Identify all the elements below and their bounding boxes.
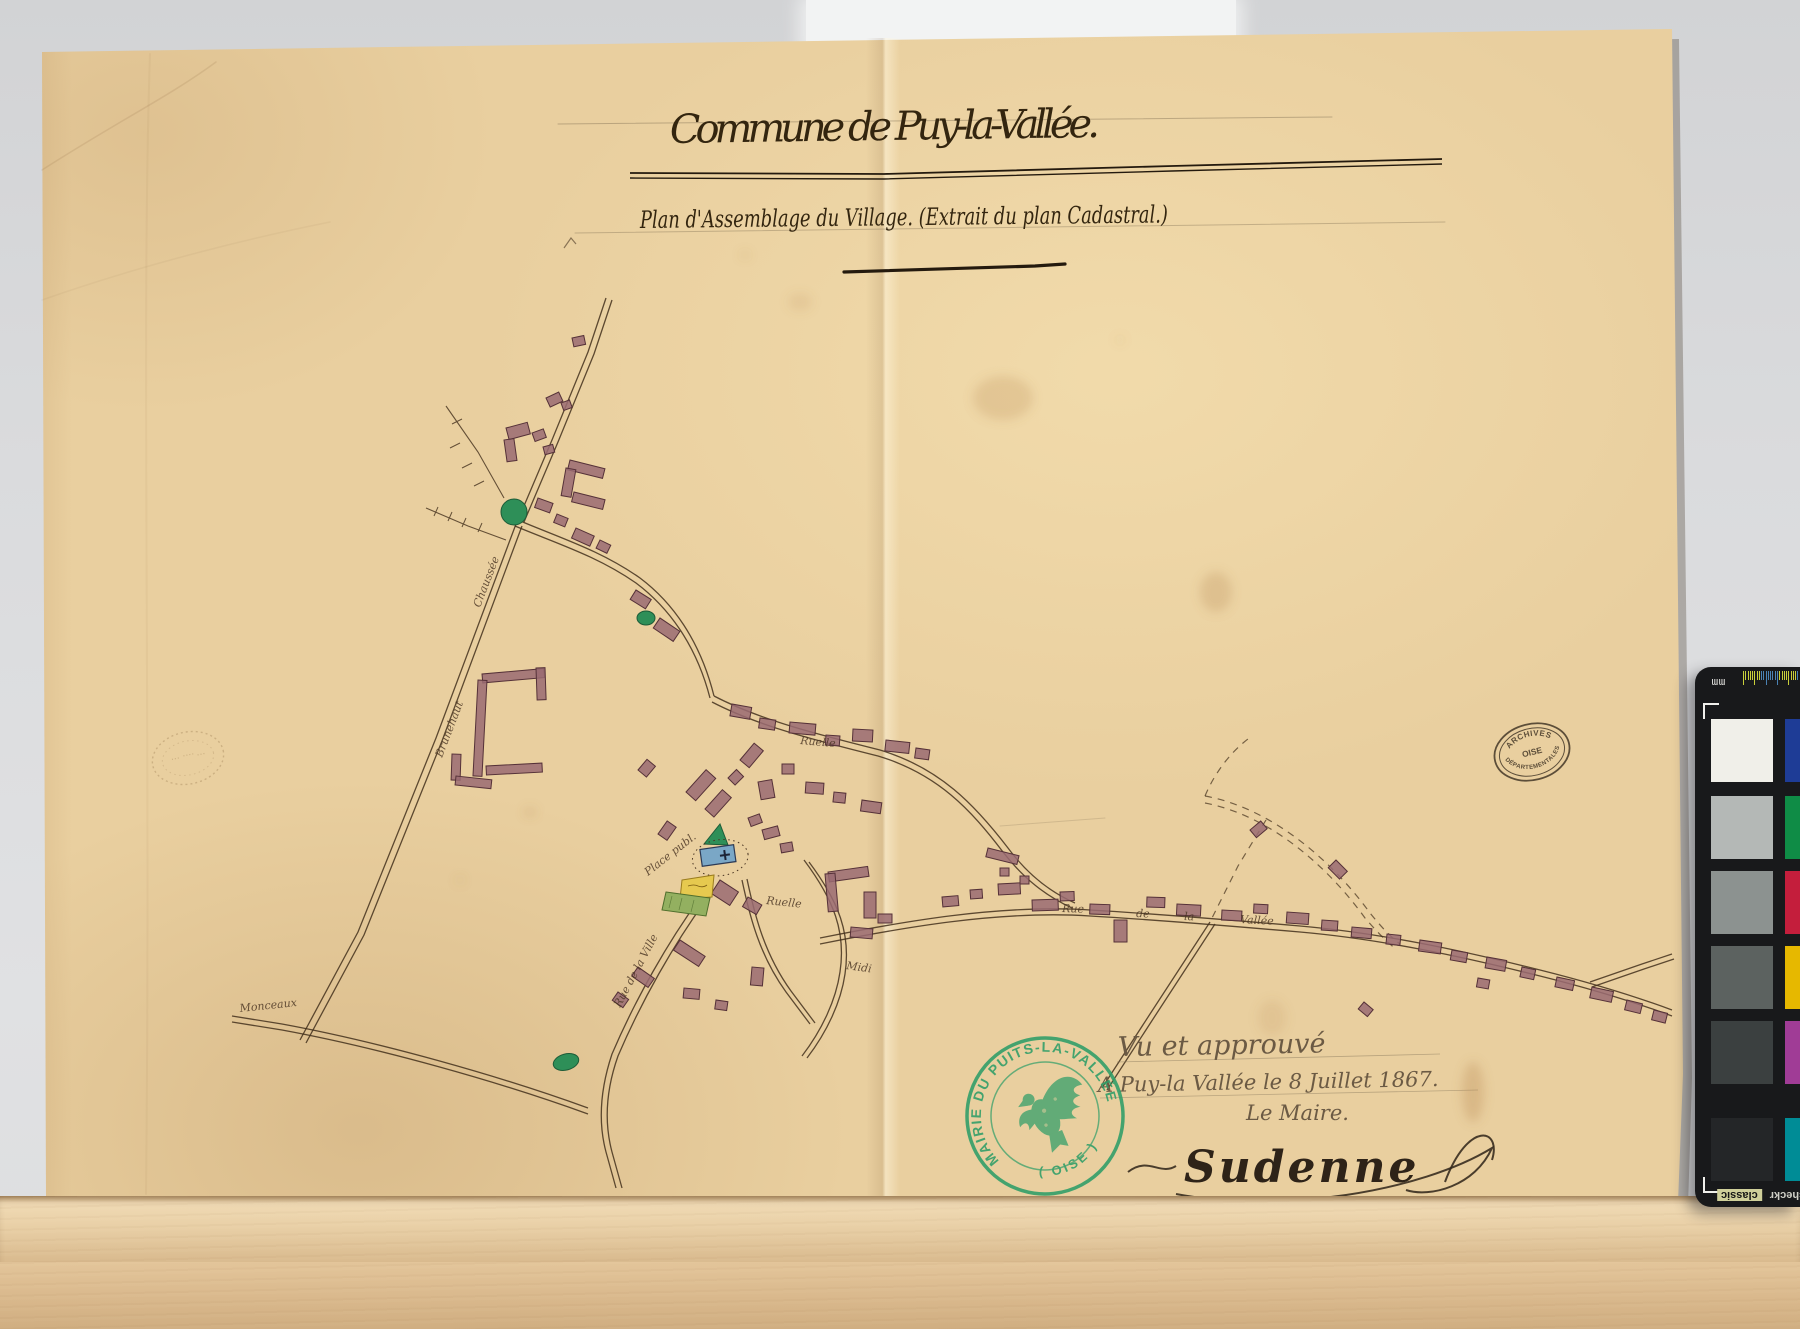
village-map-drawing: Chaussée Brunehaut Rue de la Ville Place…: [232, 298, 1674, 1188]
approval-line2: A Puy-la Vallée le 8 Juillet 1867.: [1096, 1067, 1439, 1097]
margin-mark: [564, 238, 576, 248]
color-calibration-card: mm checkr classic: [1695, 667, 1800, 1207]
street-label-ruelle-b: Ruelle: [765, 894, 803, 911]
card-brand-label: checkr classic: [1717, 1189, 1800, 1201]
paper-stains: [456, 252, 1484, 1122]
street-label-place: Place publ.: [641, 830, 699, 879]
gray-patch-2: [1711, 796, 1773, 859]
gray-patch-6: [1711, 1118, 1773, 1181]
approval-line1: Vu et approuvé: [1118, 1028, 1326, 1063]
street-label-vallee: Vallée: [1240, 913, 1275, 928]
color-patch-red: [1785, 871, 1800, 934]
village-buildings: [504, 336, 1668, 1024]
street-label-brunehaut: Brunehaut: [432, 699, 466, 760]
gray-patch-5: [1711, 1021, 1773, 1084]
mayor-signature: Sudenne: [1128, 1136, 1494, 1202]
street-label-ruelle-a: Ruelle: [799, 734, 837, 750]
svg-text:( OISE ): ( OISE ): [1033, 1134, 1106, 1188]
street-label-monceaux: Monceaux: [238, 996, 298, 1015]
color-patch-teal: [1785, 1118, 1800, 1181]
street-label-de: de: [1136, 907, 1150, 920]
street-label-chaussee: Chaussée: [471, 554, 502, 609]
document-title: Commune de Puy-la-Vallée.: [670, 101, 1101, 153]
street-label-midi: Midi: [845, 959, 873, 976]
ruler-unit-label: mm: [1711, 675, 1725, 687]
approval-line3: Le Maire.: [1245, 1101, 1349, 1125]
svg-text:Sudenne: Sudenne: [1184, 1142, 1420, 1193]
color-patch-green: [1785, 796, 1800, 859]
farm-enclosure: [451, 668, 546, 789]
approval-block: Vu et approuvé A Puy-la Vallée le 8 Juil…: [1096, 1028, 1494, 1201]
hatched-footpaths: [426, 406, 506, 540]
mairie-stamp-bottom-text: ( OISE ): [1033, 1134, 1106, 1188]
document-subtitle: Plan d'Assemblage du Village. (Extrait d…: [639, 200, 1168, 234]
document-artwork: Commune de Puy-la-Vallée. Plan d'Assembl…: [0, 0, 1800, 1329]
public-square-buildings: [662, 875, 714, 916]
street-label-la: la: [1184, 910, 1195, 923]
faint-oval-stamp: [147, 725, 228, 791]
registration-bracket-top: [1703, 703, 1719, 719]
photo-of-archival-map: Commune de Puy-la-Vallée. Plan d'Assembl…: [0, 0, 1800, 1329]
subtitle-dash: [844, 264, 1065, 272]
title-block: Commune de Puy-la-Vallée. Plan d'Assembl…: [564, 101, 1442, 272]
gray-patch-3: [1711, 871, 1773, 934]
street-labels: Chaussée Brunehaut Rue de la Ville Place…: [238, 554, 1275, 1015]
wood-grain: [0, 1196, 1800, 1329]
archives-stamp-middle-text: OISE: [1521, 745, 1543, 760]
color-patch-blue: [1785, 719, 1800, 782]
ruler-ticks: [1743, 671, 1800, 693]
street-label-rue: Rue: [1061, 902, 1085, 916]
gray-patch-1: [1711, 719, 1773, 782]
archives-stamp: ARCHIVES OISE DÉPARTEMENTALES: [1488, 716, 1575, 789]
color-patch-magenta: [1785, 1021, 1800, 1084]
gray-patch-4: [1711, 946, 1773, 1009]
color-patch-yellow: [1785, 946, 1800, 1009]
